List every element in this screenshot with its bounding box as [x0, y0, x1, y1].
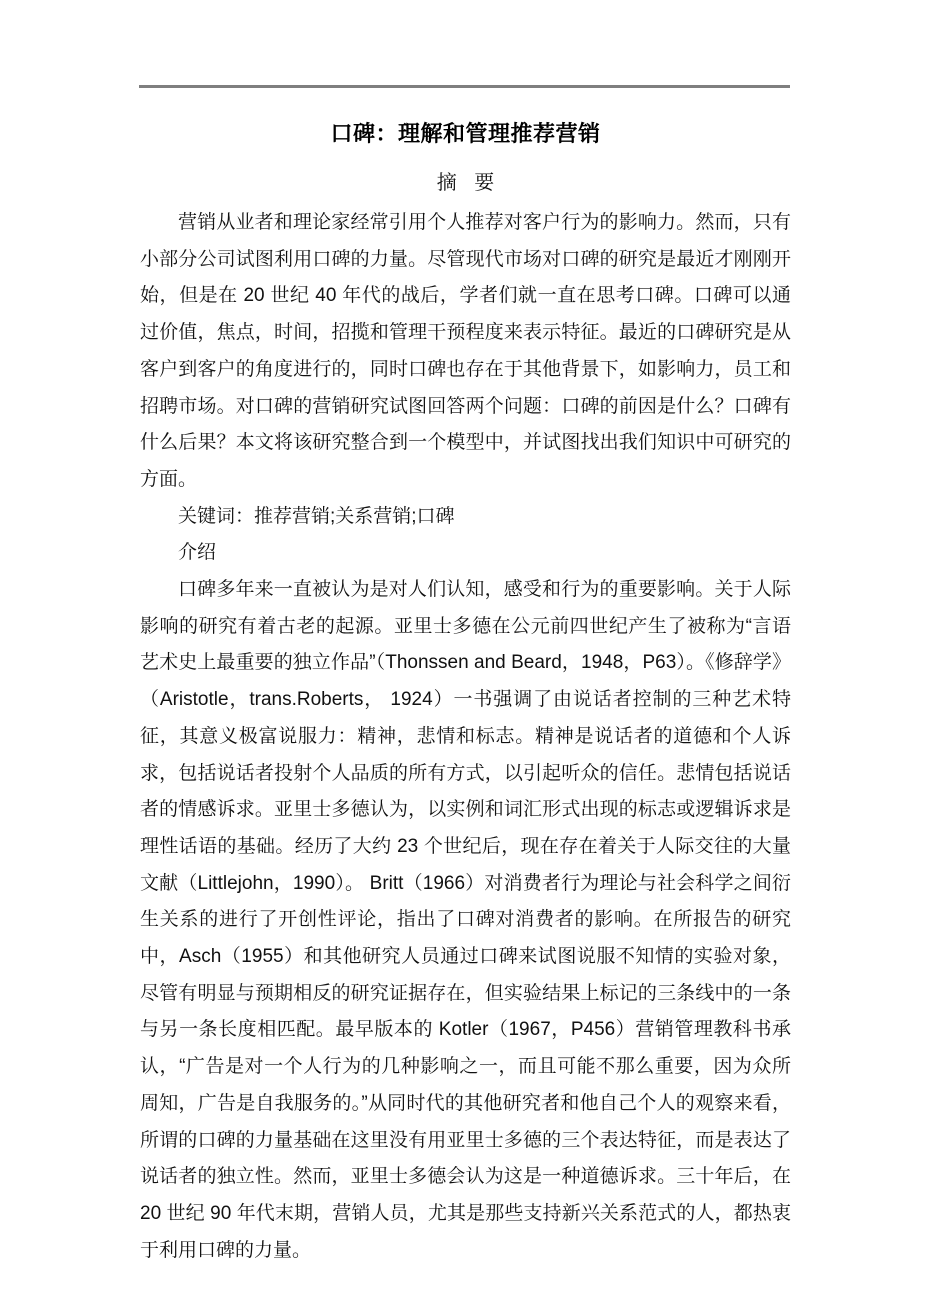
intro-paragraph: 口碑多年来一直被认为是对人们认知，感受和行为的重要影响。关于人际影响的研究有着古…	[140, 572, 791, 1269]
abstract-heading: 摘 要	[140, 168, 791, 198]
document-content: 口碑：理解和管理推荐营销 摘 要 营销从业者和理论家经常引用个人推荐对客户行为的…	[140, 0, 791, 1269]
page-title: 口碑：理解和管理推荐营销	[140, 119, 791, 149]
document-body: 营销从业者和理论家经常引用个人推荐对客户行为的影响力。然而，只有小部分公司试图利…	[140, 205, 791, 1269]
intro-heading: 介绍	[140, 535, 791, 572]
abstract-paragraph: 营销从业者和理论家经常引用个人推荐对客户行为的影响力。然而，只有小部分公司试图利…	[140, 205, 791, 499]
document-page: 口碑：理解和管理推荐营销 摘 要 营销从业者和理论家经常引用个人推荐对客户行为的…	[0, 0, 926, 1309]
keywords-line: 关键词：推荐营销;关系营销;口碑	[140, 499, 791, 536]
